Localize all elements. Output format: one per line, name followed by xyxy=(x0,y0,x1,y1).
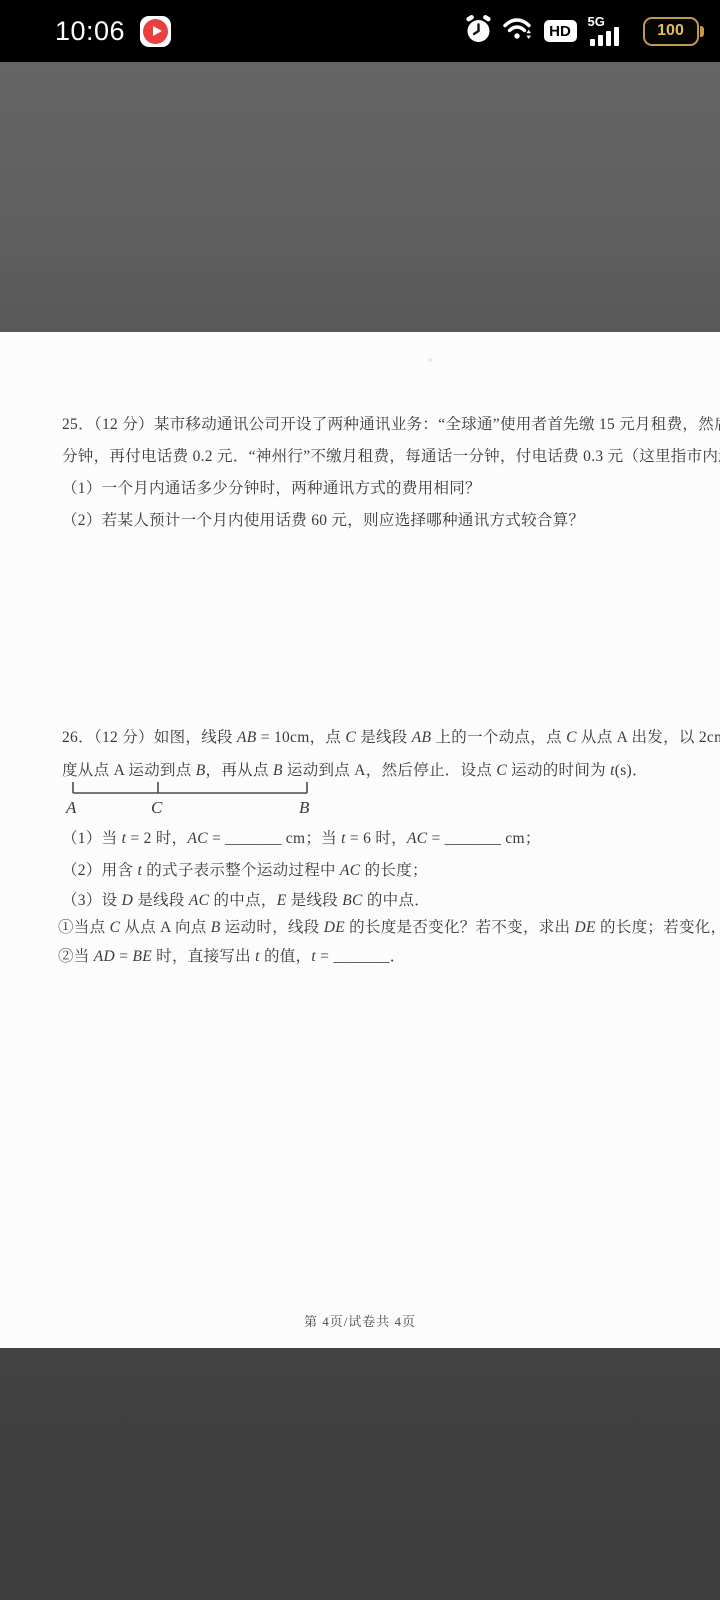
wifi-icon xyxy=(502,15,534,48)
signal-bars xyxy=(590,27,619,46)
q26-part3: （3）设 D 是线段 AC 的中点，E 是线段 BC 的中点． xyxy=(62,888,430,910)
q26-part1: （1）当 t = 2 时，AC = _______ cm；当 t = 6 时，A… xyxy=(62,826,541,848)
play-triangle-icon xyxy=(153,26,162,36)
point-b-label: B xyxy=(299,798,310,817)
alarm-clock-icon xyxy=(465,14,492,49)
battery-body: 100 xyxy=(643,17,699,46)
download-arrow-icon xyxy=(526,35,531,38)
status-bar-left: 10:06 xyxy=(0,16,171,47)
signal-strength-icon: 5G xyxy=(587,14,633,48)
segment-diagram: A C B xyxy=(62,776,312,818)
q26-sub1: ①当点 C 从点 A 向点 B 运动时，线段 DE 的长度是否变化？若不变，求出… xyxy=(58,915,720,937)
page-number-footer: 第 4页/试卷共 4页 xyxy=(0,1311,720,1330)
battery-level-text: 100 xyxy=(657,22,684,40)
status-bar: 10:06 xyxy=(0,0,720,62)
screen-record-icon[interactable] xyxy=(140,16,171,47)
scan-speck xyxy=(428,358,433,362)
q26-part2: （2）用含 t 的式子表示整个运动过程中 AC 的长度； xyxy=(62,858,428,880)
battery-nub xyxy=(700,26,704,37)
q25-line1: 25．（12 分）某市移动通讯公司开设了两种通讯业务：“全球通”使用者首先缴 1… xyxy=(62,412,720,434)
battery-indicator: 100 xyxy=(643,17,705,46)
q26-line1: 26．（12 分）如图，线段 AB = 10cm，点 C 是线段 AB 上的一个… xyxy=(62,725,720,747)
q26-sub2: ②当 AD = BE 时，直接写出 t 的值，t = _______． xyxy=(58,944,406,966)
q25-part1: （1）一个月内通话多少分钟时，两种通讯方式的费用相同？ xyxy=(62,476,481,498)
clock-text: 10:06 xyxy=(55,16,125,47)
viewer-background-bottom xyxy=(0,1348,720,1600)
point-c-label: C xyxy=(151,798,163,817)
record-circle xyxy=(143,19,168,44)
q25-line2: 分钟，再付电话费 0.2 元．“神州行”不缴月租费，每通话一分钟，付电话费 0.… xyxy=(62,444,720,466)
q25-part2: （2）若某人预计一个月内使用话费 60 元，则应选择哪种通讯方式较合算？ xyxy=(62,508,584,530)
point-a-label: A xyxy=(65,798,77,817)
hd-label: HD xyxy=(549,23,571,40)
viewer-background-top xyxy=(0,62,720,332)
hd-badge: HD xyxy=(544,20,577,42)
upload-arrow-icon xyxy=(526,29,531,32)
document-page[interactable]: 25．（12 分）某市移动通讯公司开设了两种通讯业务：“全球通”使用者首先缴 1… xyxy=(0,332,720,1348)
status-bar-right: HD 5G 100 xyxy=(465,14,720,49)
